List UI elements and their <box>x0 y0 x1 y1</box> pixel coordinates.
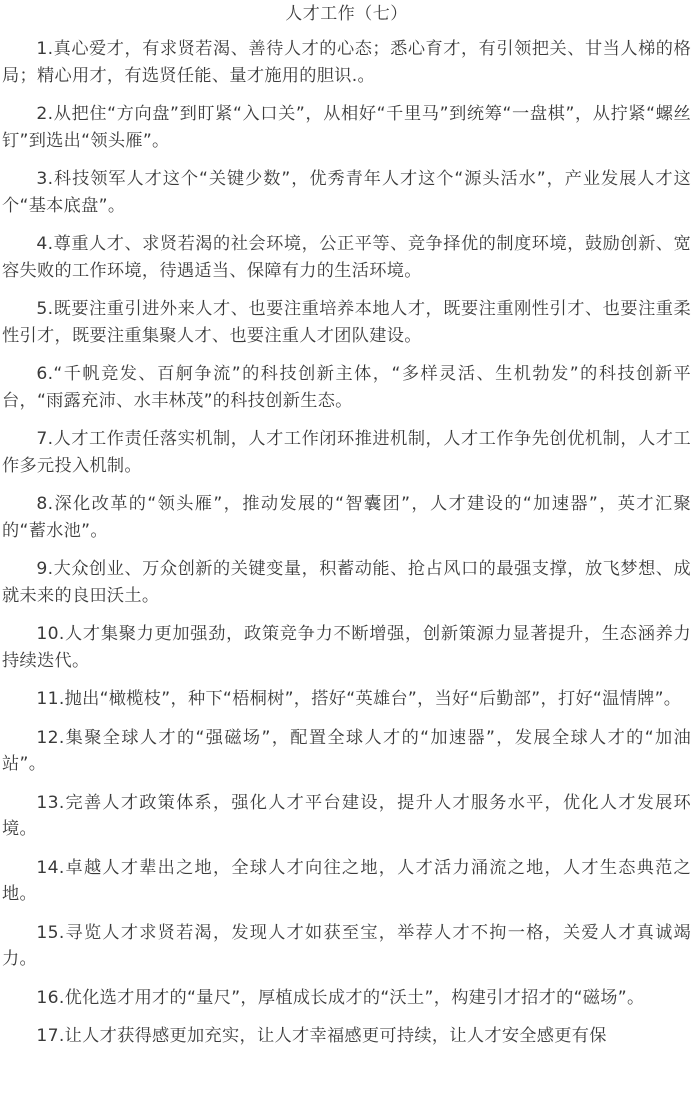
paragraph-2: 2.从把住“方向盘”到盯紧“入口关”，从相好“千里马”到统筹“一盘棋”，从拧紧“… <box>2 101 691 154</box>
paragraph-16: 16.优化选才用才的“量尺”，厚植成长成才的“沃土”，构建引才招才的“磁场”。 <box>2 985 691 1012</box>
paragraph-3: 3.科技领军人才这个“关键少数”，优秀青年人才这个“源头活水”，产业发展人才这个… <box>2 166 691 219</box>
paragraph-17: 17.让人才获得感更加充实，让人才幸福感更可持续，让人才安全感更有保 <box>2 1023 691 1050</box>
paragraph-15: 15.寻览人才求贤若渴，发现人才如获至宝，举荐人才不拘一格，关爱人才真诚竭力。 <box>2 920 691 973</box>
paragraph-10: 10.人才集聚力更加强劲，政策竞争力不断增强，创新策源力显著提升，生态涵养力持续… <box>2 621 691 674</box>
paragraph-13: 13.完善人才政策体系，强化人才平台建设，提升人才服务水平，优化人才发展环境。 <box>2 790 691 843</box>
paragraph-8: 8.深化改革的“领头雁”，推动发展的“智囊团”，人才建设的“加速器”，英才汇聚的… <box>2 491 691 544</box>
document: 人才工作（七） 1.真心爱才，有求贤若渴、善待人才的心态；悉心育才，有引领把关、… <box>0 3 693 1050</box>
paragraph-14: 14.卓越人才辈出之地，全球人才向往之地，人才活力涌流之地，人才生态典范之地。 <box>2 855 691 908</box>
paragraph-5: 5.既要注重引进外来人才、也要注重培养本地人才，既要注重刚性引才、也要注重柔性引… <box>2 296 691 349</box>
paragraph-1: 1.真心爱才，有求贤若渴、善待人才的心态；悉心育才，有引领把关、甘当人梯的格局；… <box>2 36 691 89</box>
document-title: 人才工作（七） <box>2 3 691 25</box>
paragraph-12: 12.集聚全球人才的“强磁场”，配置全球人才的“加速器”，发展全球人才的“加油站… <box>2 725 691 778</box>
paragraph-9: 9.大众创业、万众创新的关键变量，积蓄动能、抢占风口的最强支撑，放飞梦想、成就未… <box>2 556 691 609</box>
paragraph-11: 11.抛出“橄榄枝”，种下“梧桐树”，搭好“英雄台”，当好“后勤部”，打好“温情… <box>2 686 691 713</box>
paragraph-4: 4.尊重人才、求贤若渴的社会环境，公正平等、竞争择优的制度环境，鼓励创新、宽容失… <box>2 231 691 284</box>
paragraph-6: 6.“千帆竞发、百舸争流”的科技创新主体，“多样灵活、生机勃发”的科技创新平台，… <box>2 361 691 414</box>
paragraph-7: 7.人才工作责任落实机制，人才工作闭环推进机制，人才工作争先创优机制，人才工作多… <box>2 426 691 479</box>
